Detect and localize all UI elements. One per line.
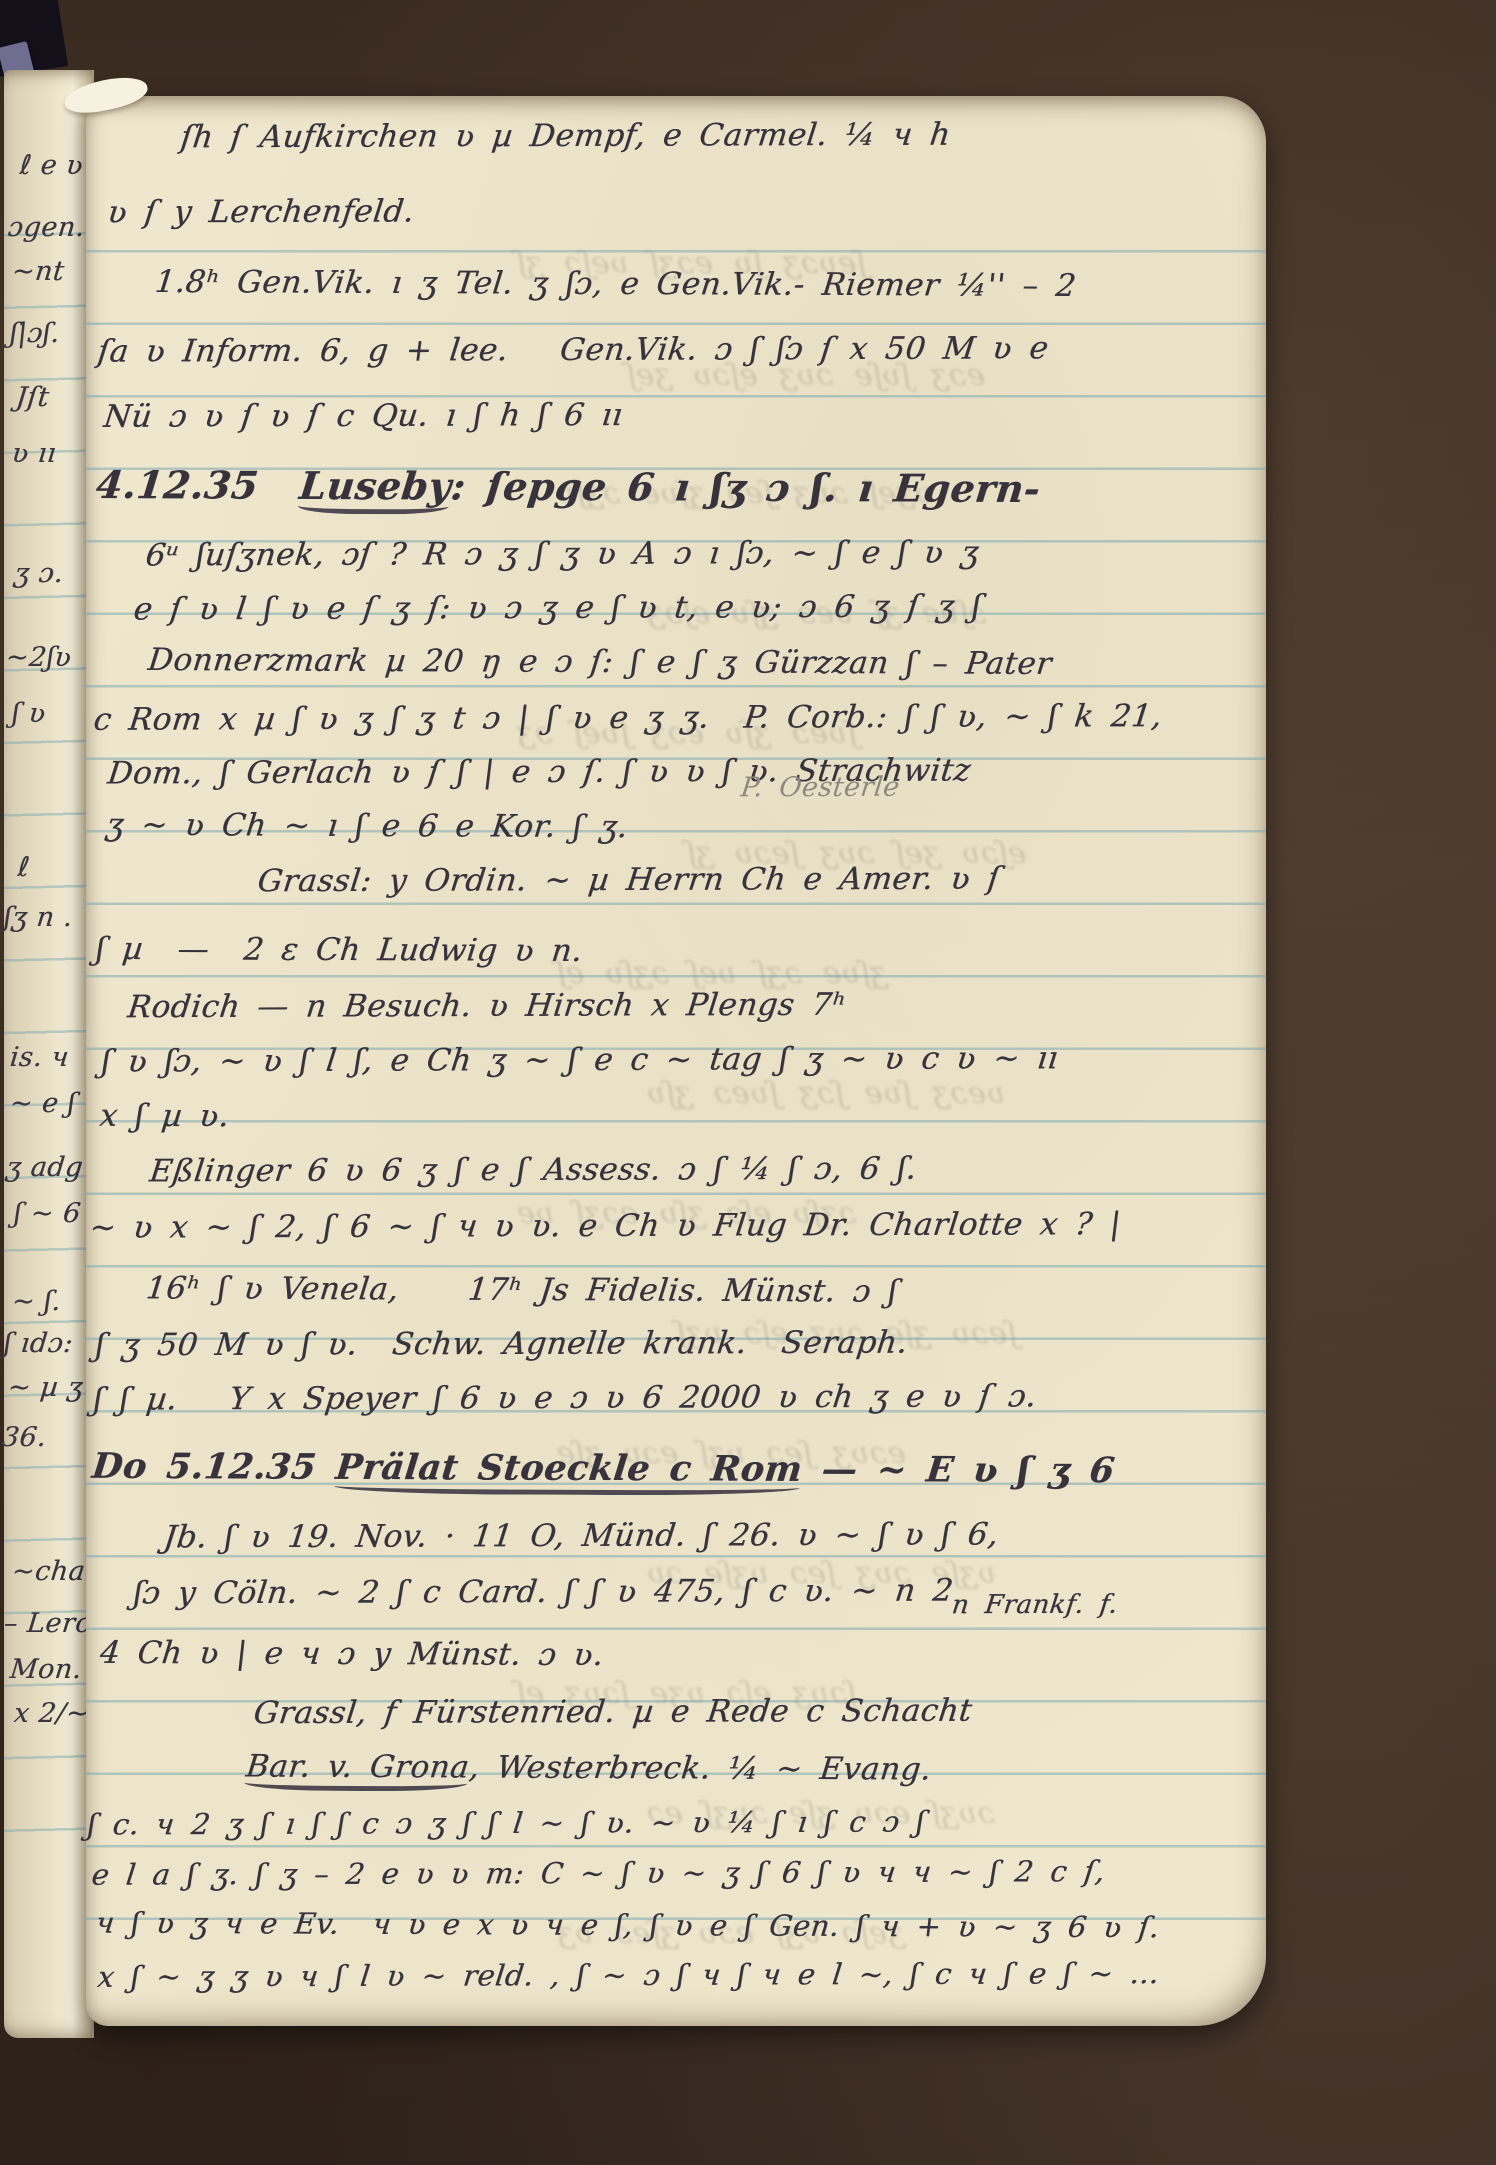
underlined-text: Luseby: [297, 463, 454, 515]
handwriting-line: Grassl: y Ordin. ~ µ Herrn Ch e Amer. ʋ …: [256, 861, 1002, 900]
handwriting-line: 6ᵘ ʃuſʒnek, ɔſ ? R ɔ ʒ ʃ ʒ ʋ A ɔ ı ʃɔ, ~…: [144, 535, 981, 574]
line-text: — ~ E ʋ ʃ ʒ 6: [800, 1449, 1117, 1491]
handwriting-line: ʋ ſ y Lerchenfeld.: [106, 193, 417, 230]
edge-fragment: ʒ adg: [4, 1152, 84, 1183]
edge-fragment: ɔgen.: [6, 212, 86, 243]
handwriting-line: e l a ʃ ʒ. ʃ ʒ – 2 e ʋ ʋ m: C ~ ʃ ʋ ~ ʒ …: [90, 1854, 1107, 1892]
handwriting-line: ʃ ʋ ʃɔ, ~ ʋ ʃ l ʃ, e Ch ʒ ~ ʃ e c ~ tag …: [100, 1040, 1061, 1079]
margin-note: n Frankf. f.: [950, 1590, 1119, 1621]
handwriting-line: ſh ſ Aufkirchen ʋ µ Dempf, e Carmel. ¼ ч…: [179, 117, 953, 156]
handwriting-line: ʃɔ y Cöln. ~ 2 ʃ c Card. ʃ ʃ ʋ 475, ʃ c …: [132, 1573, 956, 1612]
edge-fragment: ~2ʃʋ: [4, 642, 73, 673]
bleedthrough-row: ʋeɔʒ ʃʋe ʃɔʒ ʃʋeɔ ʒʃʋ: [644, 1076, 1007, 1111]
handwriting-line: ʃ c. ч 2 ʒ ʃ ı ʃ ʃ c ɔ ʒ ʃ ʃ l ~ ʃ ʋ. ~ …: [86, 1805, 927, 1842]
edge-fragment: ~ µ ʒ: [6, 1372, 84, 1403]
handwriting-line: ʃ ʒ 50 M ʋ ʃ ʋ. Schw. Agnelle krank. Ser…: [94, 1325, 910, 1364]
edge-fragment: ~nt: [10, 256, 66, 287]
line-text: 4.12.35: [94, 462, 302, 508]
underlined-text: Prälat Stoeckle c Rom: [333, 1447, 805, 1496]
edge-fragment: ʃʒ n .: [2, 902, 74, 933]
handwriting-line: c Rom x µ ʃ ʋ ʒ ʃ ʒ t ɔ | ʃ ʋ e ʒ ʒ. P. …: [92, 698, 1165, 738]
edge-fragment: is. ч: [8, 1042, 70, 1073]
handwriting-line: ч ʃ ʋ ʒ ч e Ev. ч ʋ e x ʋ ч e ʃ, ʃ ʋ e ʃ…: [94, 1906, 1161, 1945]
handwriting-line: x ʃ ~ ʒ ʒ ʋ ч ʃ l ʋ ~ reld. , ʃ ~ ɔ ʃ ч …: [96, 1956, 1162, 1994]
edge-fragment: ʒ ɔ.: [12, 558, 65, 589]
handwriting-line: ~ ʋ x ~ ʃ 2, ʃ 6 ~ ʃ ч ʋ ʋ. e Ch ʋ Flug …: [88, 1206, 1123, 1246]
edge-fragment: ~ e ʃ: [8, 1088, 77, 1119]
handwriting-line: 1.8ʰ Gen.Vik. ı ʒ Tel. ʒ ʃɔ, e Gen.Vik.-…: [153, 264, 1078, 304]
handwriting-line: 16ʰ ʃ ʋ Venela, 17ʰ Js Fidelis. Münst. ɔ…: [144, 1270, 899, 1309]
handwriting-line: Grassl, f Fürstenried. µ e Rede c Schach…: [252, 1693, 975, 1732]
handwriting-line: ʃ ʃ µ. Y x Speyer ʃ 6 ʋ e ɔ ʋ 6 2000 ʋ c…: [92, 1378, 1039, 1417]
handwriting-line: Jb. ʃ ʋ 19. Nov. · 11 O, Münd. ʃ 26. ʋ ~…: [162, 1517, 1001, 1556]
entry-date-heading: Do 5.12.35 Prälat Stoeckle c Rom — ~ E ʋ…: [90, 1446, 1117, 1491]
handwriting-line: e ſ ʋ l ʃ ʋ e ſ ʒ ſ: ʋ ɔ ʒ e ʃ ʋ t, e ʋ;…: [132, 589, 983, 628]
edge-fragment: ~cha: [10, 1556, 86, 1587]
edge-fragment: Mon.: [8, 1654, 83, 1685]
edge-fragment: Jſt: [14, 382, 50, 413]
handwriting-line: Eßlinger 6 ʋ 6 ʒ ʃ e ʃ Assess. ɔ ʃ ¼ ʃ ɔ…: [148, 1151, 919, 1190]
edge-fragment: ʃ ıdɔ:: [2, 1328, 74, 1359]
line-text: : ſepge 6 ı ʃʒ ɔ ʃ. ı Egern-: [449, 463, 1043, 511]
edge-fragment: ~ ʃ.: [10, 1286, 62, 1317]
edge-fragment: ʃ ~ 6: [12, 1198, 82, 1229]
entry-date-heading: 4.12.35 Luseby: ſepge 6 ı ʃʒ ɔ ʃ. ı Eger…: [94, 462, 1043, 511]
edge-fragment: x 2/~: [12, 1698, 90, 1729]
handwriting-line: ʒ ~ ʋ Ch ~ ı ʃ e 6 e Kor. ʃ ʒ.: [104, 807, 630, 845]
handwriting-line: ſa ʋ Inform. 6, g + lee. Gen.Vik. ɔ ʃ ʃɔ…: [96, 330, 1051, 369]
edge-fragment: ʋ ıı: [10, 438, 58, 469]
notebook-page: ʃeʋɔʒ ʃʋ eɔʒʃ ʋeʃɔ ʒʃeɔʒ ʃʋʃe ɔʋʒ eʃɔʋ ʒ…: [86, 96, 1266, 2026]
photograph-of-diary: { "scene": { "background_color": "#3e2f2…: [0, 0, 1496, 2165]
handwriting-line: Nü ɔ ʋ ſ ʋ ſ c Qu. ı ʃ h ʃ 6 ıı: [102, 397, 625, 435]
handwriting-line: 4 Ch ʋ | e ч ɔ y Münst. ɔ ʋ.: [98, 1635, 605, 1673]
handwriting-line: Rodich — n Besuch. ʋ Hirsch x Plengs 7ʰ: [126, 987, 848, 1026]
underlined-text: Bar. v. Grona: [244, 1749, 472, 1792]
line-text: , Westerbreck. ¼ ~ Evang.: [467, 1749, 933, 1787]
handwriting-line: Donnerzmark µ 20 ŋ e ɔ ſ: ʃ e ʃ ʒ Gürzza…: [146, 642, 1053, 682]
previous-page-edge: ℓ e ʋɔgen.~ntʃ|ɔʃ.Jſtʋ ııʒ ɔ.~2ʃʋʃ ʋℓʃʒ …: [4, 70, 94, 2038]
line-text: Do 5.12.35: [90, 1446, 338, 1488]
edge-fragment: ʃ ʋ: [10, 698, 47, 729]
handwriting-line: x ʃ µ ʋ.: [98, 1098, 231, 1135]
underlined-name-line: Bar. v. Grona, Westerbreck. ¼ ~ Evang.: [244, 1749, 933, 1788]
bleedthrough-row: ʒʃʋe ɔʒʃ ʋeʃ ɔʒʃʋ eʃ: [554, 956, 889, 991]
edge-fragment: 36.: [0, 1422, 48, 1453]
handwriting-line: ʃ µ — 2 ε Ch Ludwig ʋ n.: [94, 931, 584, 969]
edge-fragment: ʃ|ɔʃ.: [8, 318, 61, 349]
pencil-note: P. Oesterle: [739, 772, 901, 804]
edge-fragment: ℓ e ʋ: [18, 150, 84, 181]
